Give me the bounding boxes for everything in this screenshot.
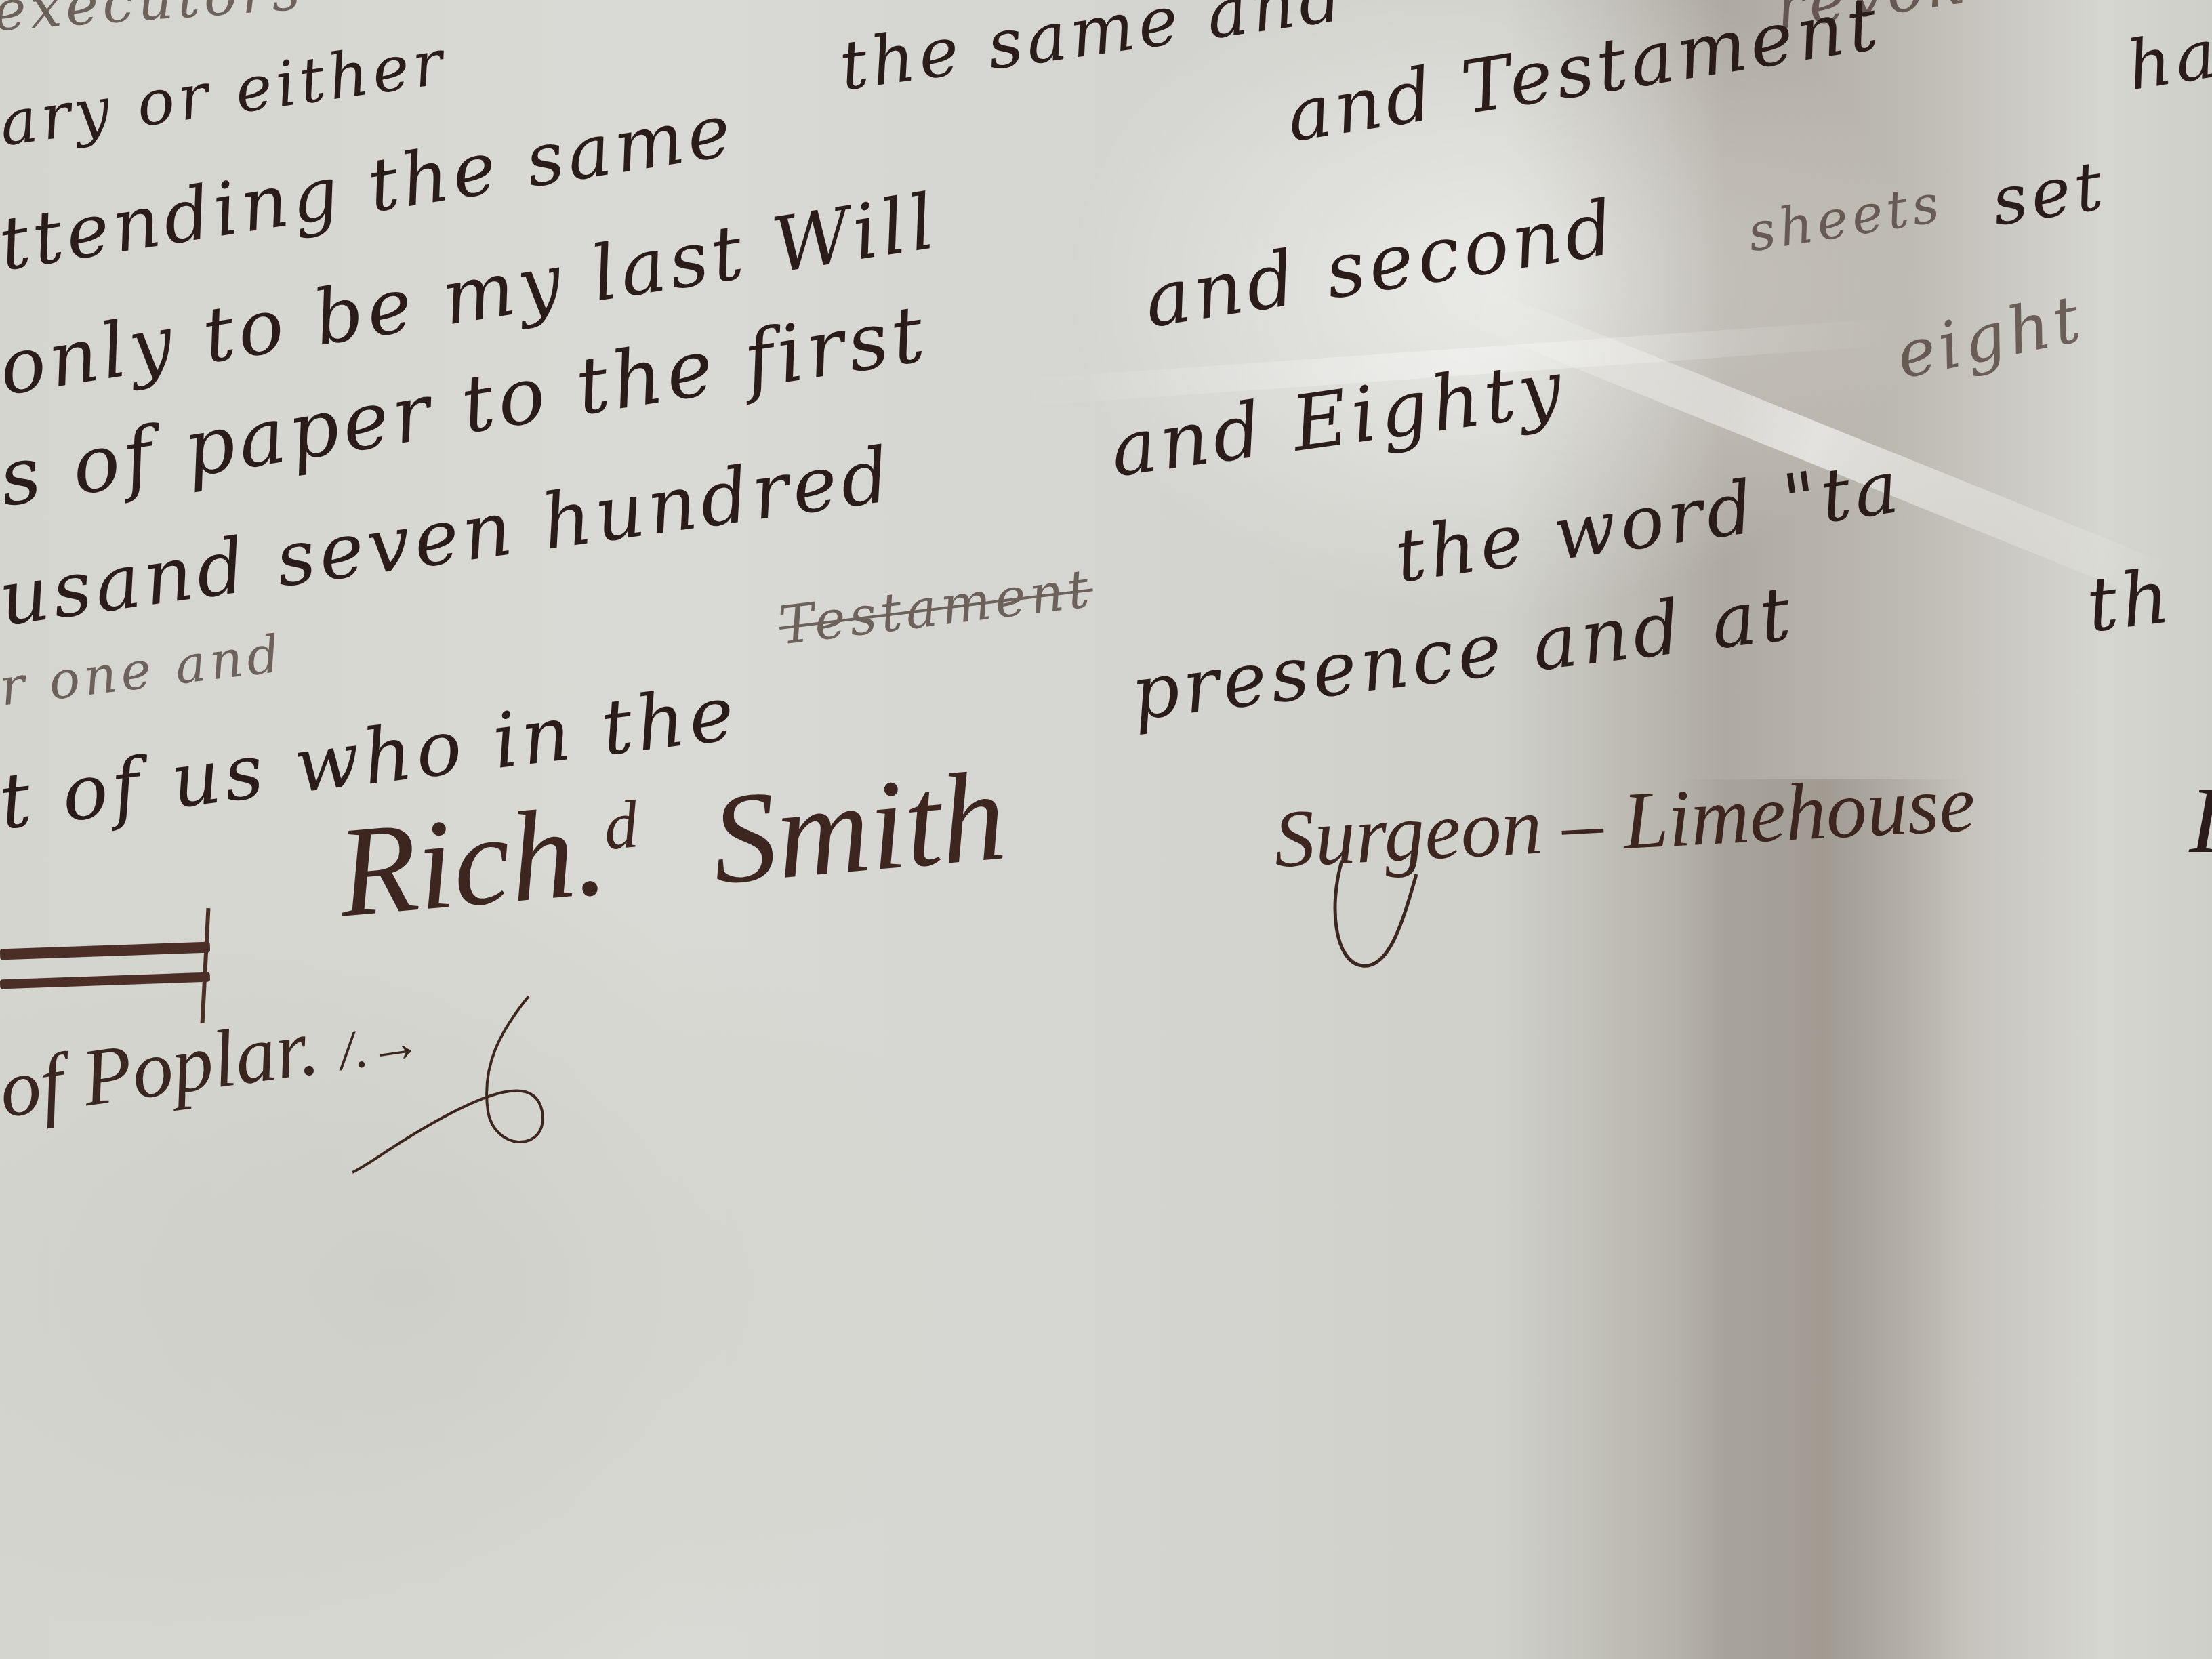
signature-last-name: Smith [706,744,1010,912]
signature-first-name: Rich. [333,779,612,945]
witness-flourish [325,989,549,1179]
trailing-mark: I [2189,768,2212,873]
paper-fold-shadow [1681,779,1965,1659]
signature-superscript: d [600,786,640,864]
signature-dash: – [1539,776,1625,870]
signature-flourish [1288,847,1464,983]
line-fragment: th [2082,552,2178,649]
handwritten-line-7c: th [2082,552,2178,649]
signature-trailing-mark: I [2189,766,2212,875]
line-fragment: ha [2122,13,2212,106]
signature-place: Limehouse [1620,758,1977,866]
handwritten-line-2c: ha [2122,13,2212,106]
